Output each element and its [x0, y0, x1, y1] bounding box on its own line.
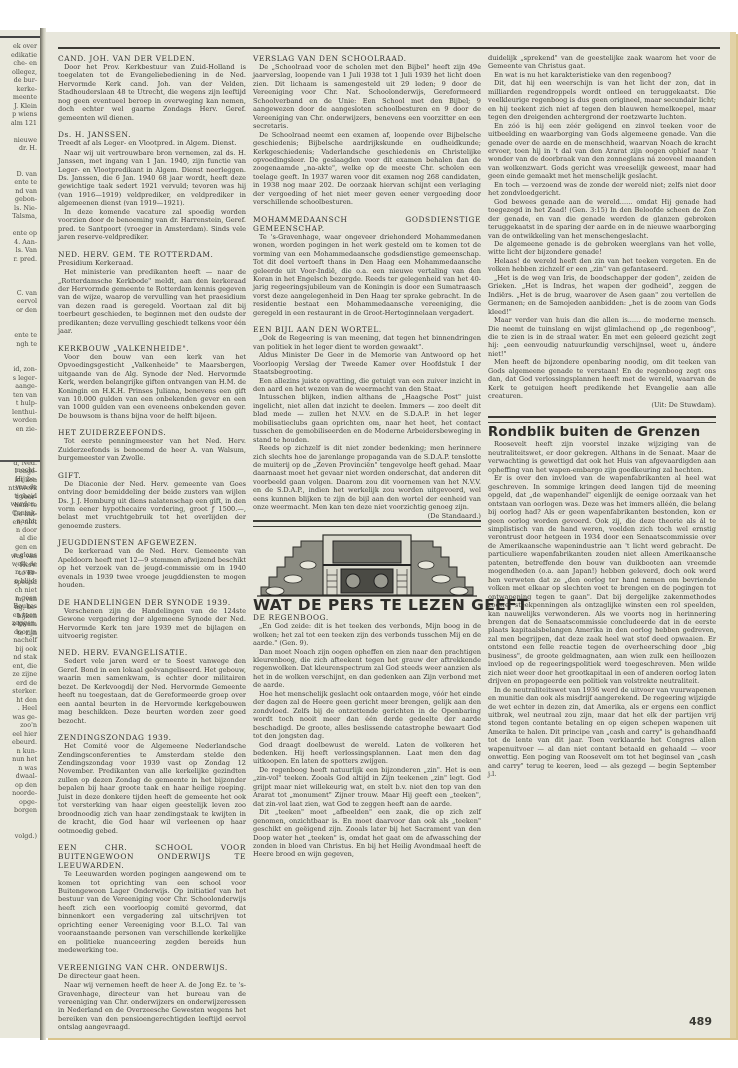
article-paragraph: Verschenen zijn de Handelingen van de 12… [58, 607, 246, 641]
press-review-banner: WAT DE PERS TE LEZEN GEEFT [253, 601, 481, 609]
article-paragraph: Men heeft de bijzondere openbaring noodi… [488, 358, 716, 400]
article-section: EEN BIJL AAN DEN WORTEL.„Ook de Regeerin… [253, 325, 481, 512]
article-heading: ZENDINGSZONDAG 1939. [58, 733, 246, 742]
article-section: DE HANDELINGEN DER SYNODE 1939.Verschene… [58, 598, 246, 641]
article-paragraph: Dit, dat hij een weerschijn is van het l… [488, 79, 716, 121]
article-paragraph: De kerkeraad van de Ned. Herv. Gemeente … [58, 547, 246, 589]
page-number: 489 [689, 1015, 712, 1028]
magazine-page: CAND. JOH. VAN DER VELDEN.Door het Prov.… [46, 32, 736, 1038]
article-paragraph: God draagt doelbewust de wereld. Laten d… [253, 741, 481, 766]
middle-column-articles: VERSLAG VAN DEN SCHOOLRAAD.De „Schoolraa… [253, 54, 481, 512]
article-section: JEUGDDIENSTEN AFGEWEZEN.De kerkeraad van… [58, 538, 246, 589]
regenboog-article-part-2: duidelijk „sprekend" van de geestelijke … [488, 54, 716, 409]
article-heading: Ds. H. JANSSEN. [58, 130, 246, 139]
article-heading: VERSLAG VAN DEN SCHOOLRAAD. [253, 54, 481, 63]
article-section: Ds. H. JANSSEN.Treedt af als Leger- en V… [58, 130, 246, 241]
article-source: (Uit: De Stuwdam). [488, 401, 716, 409]
article-paragraph: Een allezins juiste opvatting, die getui… [253, 377, 481, 394]
article-subheading: Treedt af als Leger- en Vlootpred. in Al… [58, 139, 246, 147]
article-paragraph: En toch — verzoend was de zonde der were… [488, 181, 716, 198]
article-paragraph: Hoe het menschelijk geslacht ook ontaard… [253, 690, 481, 741]
previous-page-rule [0, 36, 40, 38]
previous-page-fragment: ek over edikatie che- en ollegez, de bur… [0, 30, 43, 1038]
article-heading: NED. HERV. EVANGELISATIE. [58, 648, 246, 657]
article-paragraph: Naar wij uit vertrouwbare bron vernemen,… [58, 149, 246, 208]
article-section: KERKBOUW „VALKENHEIDE".Voor den bouw van… [58, 344, 246, 421]
article-heading: MOHAMMEDAANSCH GODSDIENSTIGE GEMEENSCHAP… [253, 215, 481, 233]
article-paragraph: Sedert vele jaren werd er te Soest vanwe… [58, 657, 246, 725]
article-paragraph: De Diaconie der Ned. Herv. gemeente van … [58, 480, 246, 531]
article-section: HET ZUIDERZEEFONDS.Tot eerste penningmee… [58, 428, 246, 462]
article-paragraph: De „Schoolraad voor de scholen met den B… [253, 63, 481, 131]
top-rule [58, 47, 720, 49]
article-heading: CAND. JOH. VAN DER VELDEN. [58, 54, 246, 63]
printing-press-icon [253, 533, 481, 601]
article-section: MOHAMMEDAANSCH GODSDIENSTIGE GEMEENSCHAP… [253, 215, 481, 318]
article-section: ZENDINGSZONDAG 1939.Het Comité voor de A… [58, 733, 246, 835]
article-section: NED. HERV. GEM. TE ROTTERDAM.Presidium K… [58, 250, 246, 336]
article-paragraph: Aldus Minister De Geer in de Memorie van… [253, 351, 481, 376]
article-source: (De Standaard.) [422, 512, 481, 520]
article-paragraph: Roosevelt heeft zijn voorstel inzake wij… [488, 440, 716, 474]
article-paragraph: De regenboog heeft natuurlijk een bijzon… [253, 766, 481, 808]
article-section: CAND. JOH. VAN DER VELDEN.Door het Prov.… [58, 54, 246, 122]
article-paragraph: God bewees genade aan de wereld...... om… [488, 198, 716, 240]
article-paragraph: In de neutraliteitswet van 1936 werd de … [488, 686, 716, 779]
article-paragraph: Tot eerste penningmeester van het Ned. H… [58, 437, 246, 462]
section-divider [253, 520, 481, 527]
article-heading: NED. HERV. GEM. TE ROTTERDAM. [58, 250, 246, 259]
article-paragraph: Te 's-Gravenhage, waar ongeveer driehond… [253, 233, 481, 318]
article-heading: VEREENIGING VAN CHR. ONDERWIJS. [58, 963, 246, 972]
article-heading: GIFT. [58, 471, 246, 480]
column-middle: VERSLAG VAN DEN SCHOOLRAAD.De „Schoolraa… [253, 54, 481, 859]
article-section: GIFT.De Diaconie der Ned. Herv. gemeente… [58, 471, 246, 531]
article-paragraph: Dan moet Noach zijn oogen opheffen en zi… [253, 648, 481, 690]
article-paragraph: Het ministerie van predikanten heeft — n… [58, 268, 246, 336]
article-section: NED. HERV. EVANGELISATIE.Sedert vele jar… [58, 648, 246, 725]
column-church-news: CAND. JOH. VAN DER VELDEN.Door het Prov.… [58, 54, 246, 1040]
article-paragraph: „Het is de weg van Iris, de boodschapper… [488, 274, 716, 316]
article-heading: KERKBOUW „VALKENHEIDE". [58, 344, 246, 353]
article-paragraph: En wat is nu het karakteristieke van den… [488, 71, 716, 79]
article-paragraph: Dit „teeken" moet „afbeelden" een zaak, … [253, 808, 481, 859]
article-heading: EEN CHR. SCHOOL VOOR BUITENGEWOON ONDERW… [58, 843, 246, 870]
article-paragraph: Reeds op zichzelf is dit niet zonder bed… [253, 444, 481, 512]
article-subheading: Presidium Kerkeraad. [58, 259, 246, 267]
article-paragraph: Voor den bouw van een kerk van het Opvoe… [58, 353, 246, 421]
regenboog-article-part-1: DE REGENBOOG.„En God zeide: dit is het t… [253, 613, 481, 859]
previous-page-text-bottom: mocht. Hij be- van de tigheid werden. Co… [11, 466, 37, 840]
previous-page-rule-2 [0, 460, 40, 462]
article-paragraph: En zóó is hij een zéér geëigend en zinvo… [488, 122, 716, 181]
article-paragraph: Helaas! de wereld heeft den zin van het … [488, 257, 716, 274]
article-paragraph: Te Leeuwarden worden pogingen aangewend … [58, 870, 246, 955]
article-paragraph: Intusschen blijken, indien althans de „H… [253, 393, 481, 444]
article-paragraph: Naar wij vernemen heeft de heer A. de Jo… [58, 981, 246, 1032]
article-paragraph: duidelijk „sprekend" van de geestelijke … [488, 54, 716, 71]
rondblik-heading: Rondblik buiten de Grenzen [488, 429, 716, 437]
article-section: VEREENIGING VAN CHR. ONDERWIJS.De direct… [58, 963, 246, 1032]
article-paragraph: „En God zeide: dit is het teeken des ver… [253, 622, 481, 647]
rondblik-article: Roosevelt heeft zijn voorstel inzake wij… [488, 440, 716, 778]
article-section: EEN CHR. SCHOOL VOOR BUITENGEWOON ONDERW… [58, 843, 246, 955]
printing-press-illustration [253, 533, 481, 601]
section-divider-right [488, 416, 716, 423]
article-paragraph: In deze komende vacature zal spoedig wor… [58, 208, 246, 242]
article-heading: DE HANDELINGEN DER SYNODE 1939. [58, 598, 246, 607]
article-paragraph: „Ook de Regeering is van meening, dat te… [253, 334, 481, 351]
article-section: VERSLAG VAN DEN SCHOOLRAAD.De „Schoolraa… [253, 54, 481, 207]
article-heading: EEN BIJL AAN DEN WORTEL. [253, 325, 481, 334]
article-paragraph: Maar verder van huis dan die allen is...… [488, 316, 716, 358]
article-paragraph: Er is over den invloed van de wapenfabri… [488, 474, 716, 685]
column-right: duidelijk „sprekend" van de geestelijke … [488, 54, 716, 779]
article-paragraph: Het Comité voor de Algemeene Nederlandsc… [58, 742, 246, 835]
article-subheading: De directeur gaat heen. [58, 972, 246, 980]
article-paragraph: De algemeene genade is de gebroken weerg… [488, 240, 716, 257]
article-paragraph: Door het Prov. Kerkbestuur van Zuid-Holl… [58, 63, 246, 122]
article-heading: DE REGENBOOG. [253, 613, 481, 622]
article-paragraph: De Schoolraad neemt een examen af, loope… [253, 131, 481, 207]
article-heading: HET ZUIDERZEEFONDS. [58, 428, 246, 437]
article-heading: JEUGDDIENSTEN AFGEWEZEN. [58, 538, 246, 547]
